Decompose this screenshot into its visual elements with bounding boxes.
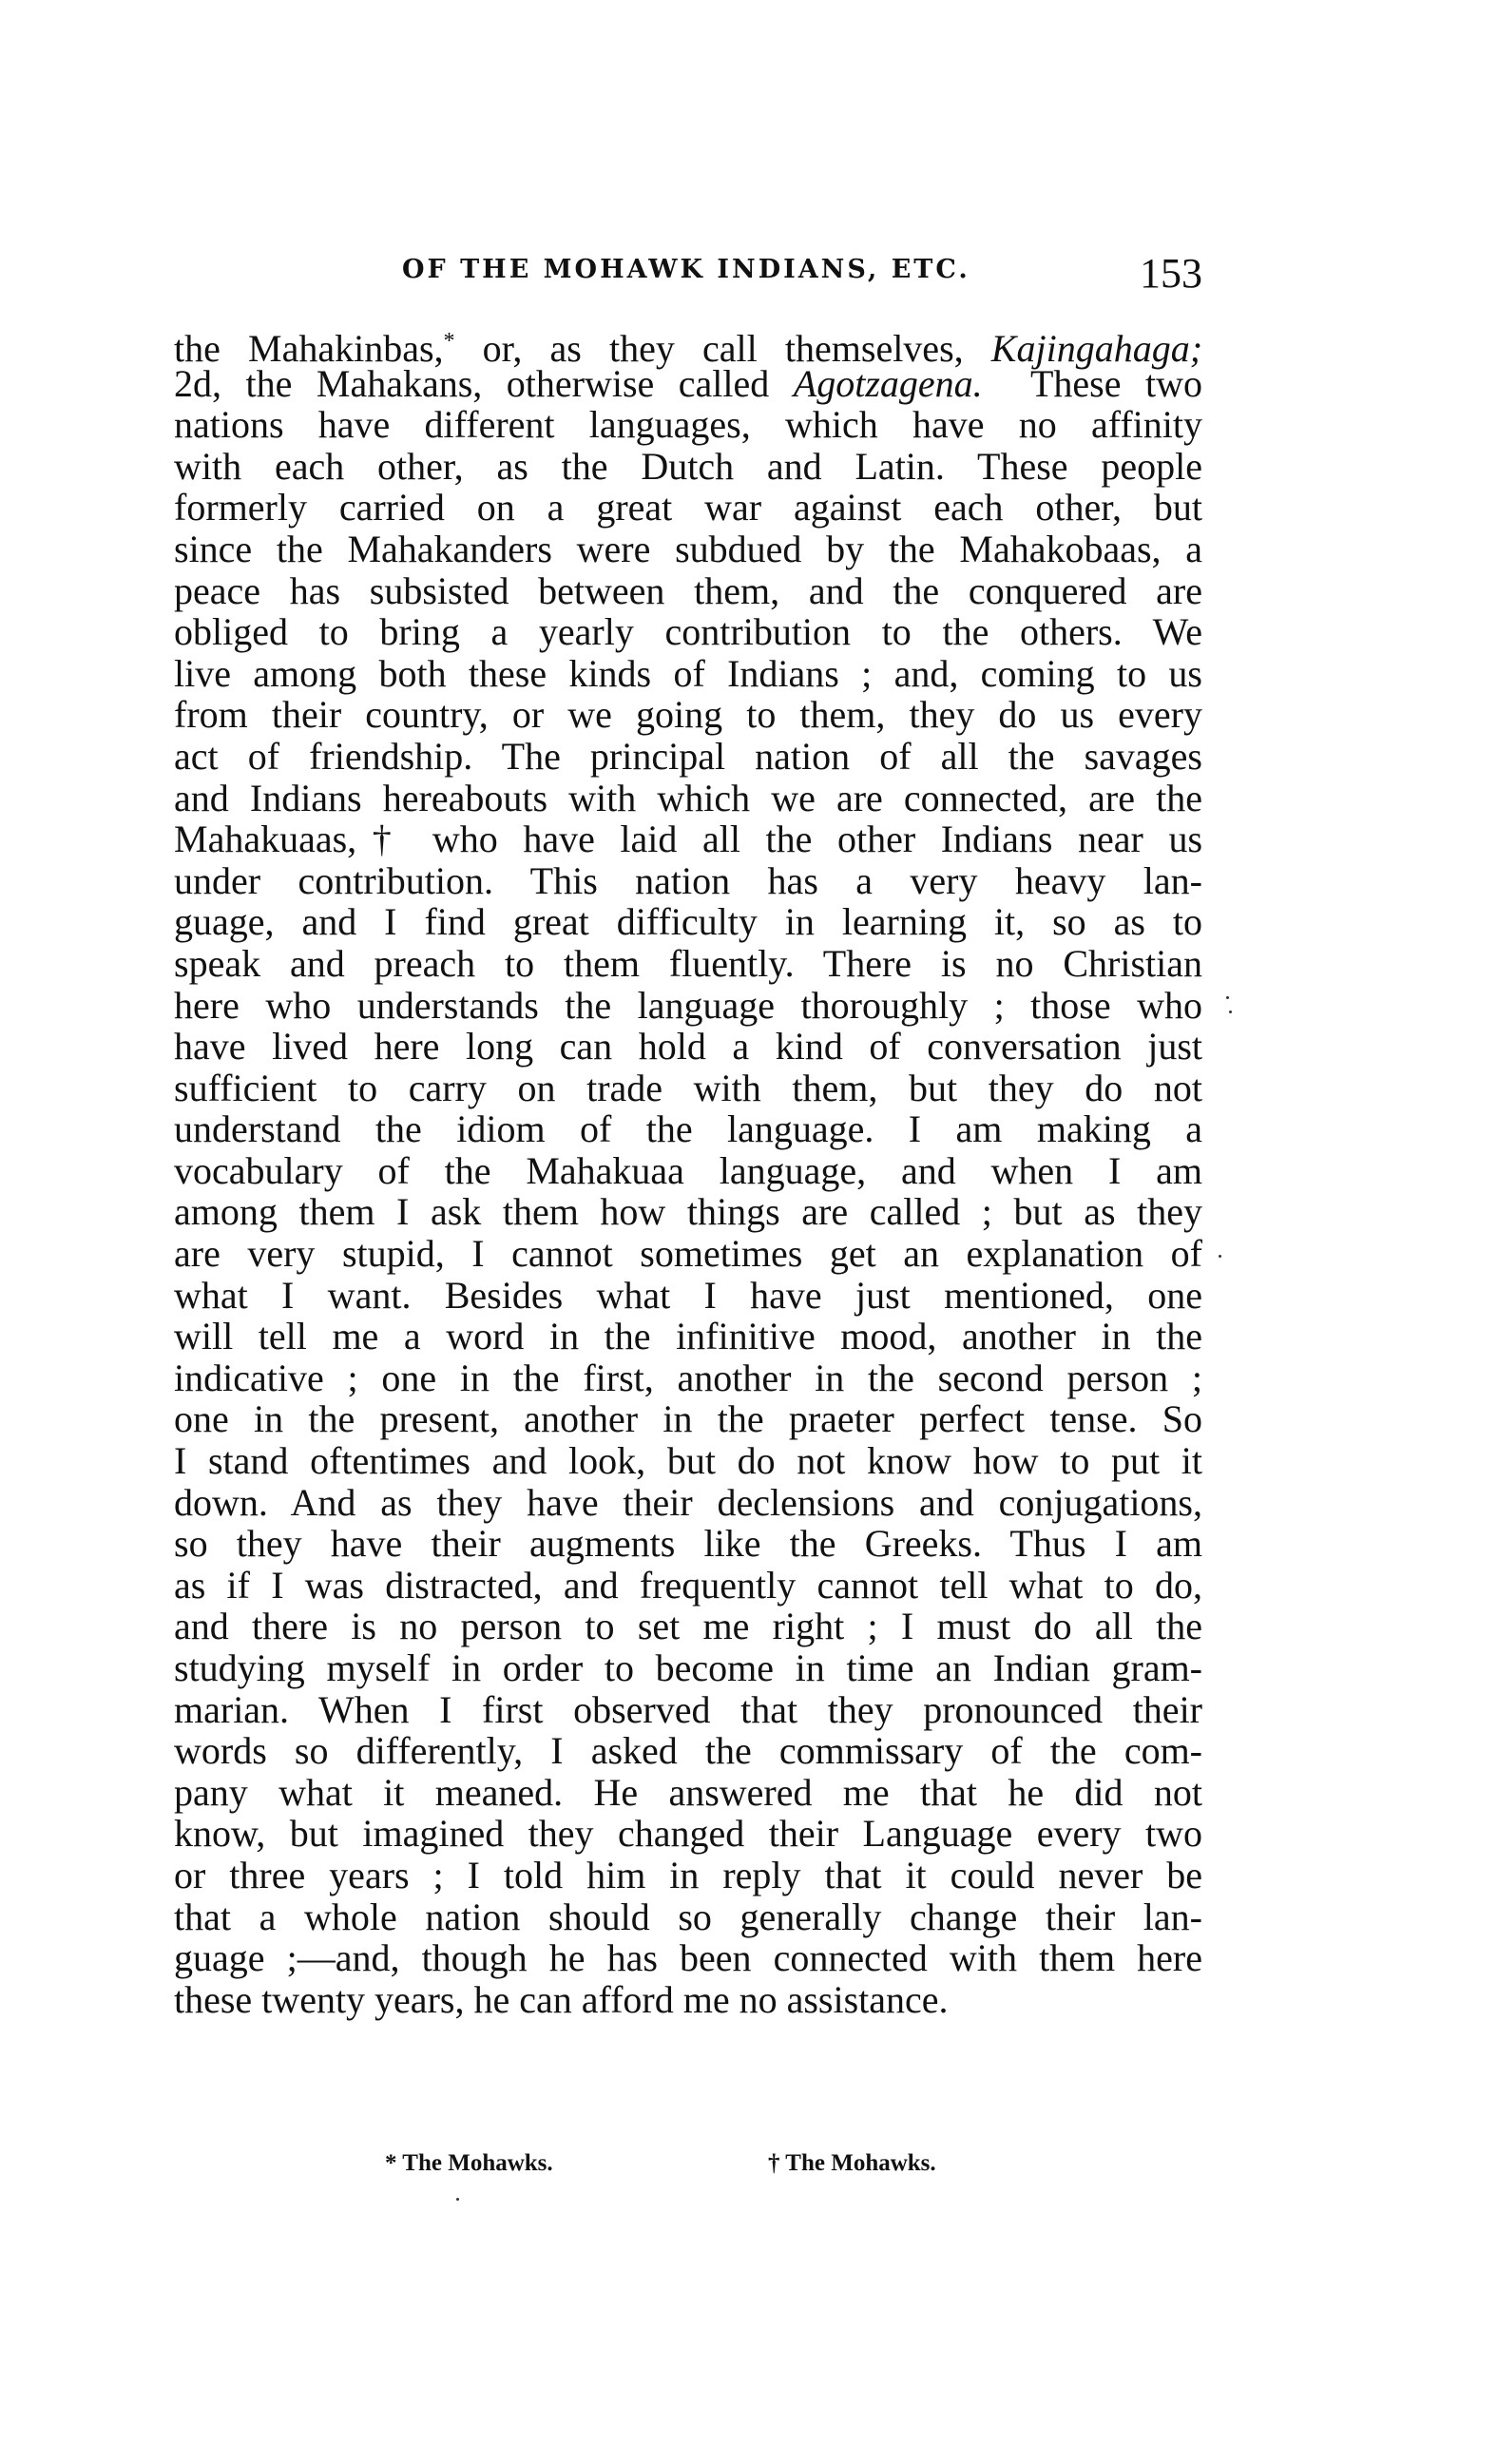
footnotes: * The Mohawks. † The Mohawks. [385, 2150, 1050, 2188]
italic-term: Agotzagena. [794, 362, 983, 405]
text-line: 2d, the Mahakans, otherwise called Agotz… [174, 363, 1202, 405]
text-line: sufficient to carry on trade with them, … [174, 1068, 1202, 1109]
text-line: guage, and I find great difficulty in le… [174, 901, 1202, 943]
text-segment: 2d, the Mahakans, otherwise called [174, 362, 794, 405]
book-page: OF THE MOHAWK INDIANS, ETC. 153 the Maha… [0, 0, 1498, 2464]
text-line: here who understands the language thorou… [174, 985, 1202, 1027]
footnote-asterisk: * The Mohawks. [385, 2150, 553, 2177]
text-line: formerly carried on a great war against … [174, 487, 1202, 529]
text-line: guage ;—and, though he has been connecte… [174, 1937, 1202, 1979]
scan-speck [1229, 1011, 1232, 1013]
running-title: OF THE MOHAWK INDIANS, ETC. [402, 255, 970, 284]
text-line: know, but imagined they changed their La… [174, 1813, 1202, 1855]
text-line: I stand oftentimes and look, but do not … [174, 1440, 1202, 1482]
page-number: 153 [1140, 249, 1202, 298]
text-line: pany what it meaned. He answered me that… [174, 1772, 1202, 1814]
text-line: nations have different languages, which … [174, 404, 1202, 446]
text-line: and Indians hereabouts with which we are… [174, 778, 1202, 819]
text-line: peace has subsisted between them, and th… [174, 570, 1202, 612]
text-segment: who have laid all the other Indians near… [407, 818, 1202, 860]
text-line: as if I was distracted, and frequently c… [174, 1565, 1202, 1607]
text-line: obliged to bring a yearly contribution t… [174, 611, 1202, 653]
text-segment: Mahakuaas, [174, 818, 356, 860]
text-line: have lived here long can hold a kind of … [174, 1026, 1202, 1068]
footnote-ref-asterisk: * [444, 329, 455, 354]
scan-speck [456, 2198, 459, 2201]
text-line: act of friendship. The principal nation … [174, 736, 1202, 778]
text-line-last: these twenty years, he can afford me no … [174, 1979, 1202, 2021]
text-line: understand the idiom of the language. I … [174, 1108, 1202, 1150]
text-line: live among both these kinds of Indians ;… [174, 653, 1202, 695]
text-line: or three years ; I told him in reply tha… [174, 1855, 1202, 1896]
text-segment: These two [983, 362, 1202, 405]
text-line: and there is no person to set me right ;… [174, 1606, 1202, 1647]
text-line: among them I ask them how things are cal… [174, 1191, 1202, 1233]
text-line: vocabulary of the Mahakuaa language, and… [174, 1150, 1202, 1192]
text-line: the Mahakinbas,* or, as they call themse… [174, 321, 1202, 363]
text-line: will tell me a word in the infinitive mo… [174, 1316, 1202, 1357]
footnote-ref-dagger: † [356, 818, 407, 860]
text-line: words so differently, I asked the commis… [174, 1730, 1202, 1772]
text-line: so they have their augments like the Gre… [174, 1523, 1202, 1565]
text-line: studying myself in order to become in ti… [174, 1647, 1202, 1689]
scan-speck [1219, 1255, 1221, 1258]
text-line: from their country, or we going to them,… [174, 694, 1202, 736]
running-head: OF THE MOHAWK INDIANS, ETC. 153 [174, 249, 1202, 297]
scan-speck [1226, 996, 1229, 999]
text-line: that a whole nation should so generally … [174, 1896, 1202, 1938]
text-line: Mahakuaas,† who have laid all the other … [174, 818, 1202, 860]
text-line: under contribution. This nation has a ve… [174, 860, 1202, 902]
text-line: since the Mahakanders were subdued by th… [174, 529, 1202, 570]
text-line: what I want. Besides what I have just me… [174, 1275, 1202, 1317]
footnote-dagger: † The Mohawks. [768, 2150, 936, 2177]
text-line: one in the present, another in the praet… [174, 1398, 1202, 1440]
text-line: speak and preach to them fluently. There… [174, 943, 1202, 985]
text-line: down. And as they have their declensions… [174, 1482, 1202, 1524]
text-line: with each other, as the Dutch and Latin.… [174, 446, 1202, 488]
body-text: the Mahakinbas,* or, as they call themse… [174, 321, 1202, 2020]
text-line: are very stupid, I cannot sometimes get … [174, 1233, 1202, 1275]
text-line: indicative ; one in the first, another i… [174, 1357, 1202, 1399]
text-line: marian. When I first observed that they … [174, 1689, 1202, 1731]
